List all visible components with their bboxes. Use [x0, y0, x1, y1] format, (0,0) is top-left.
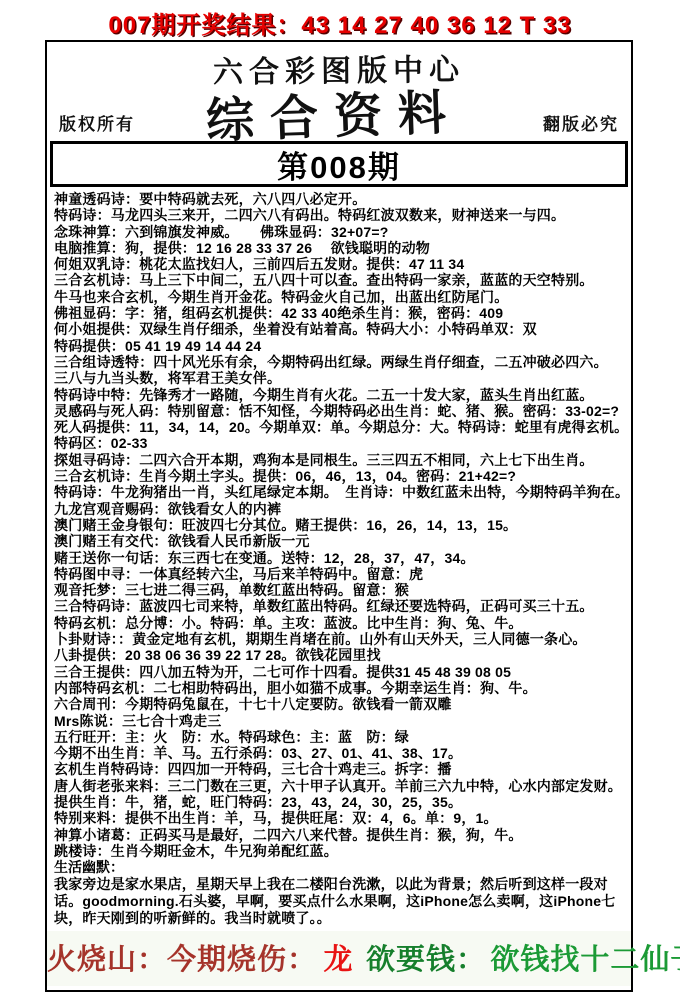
footer-money-label: 欲要钱： — [366, 944, 486, 976]
tip-line: 三八与九当头数，将军君王美女伴。 — [54, 370, 629, 386]
tip-line: 六合周刊：今期特码兔鼠在，十七十八定要防。欲钱看一箭双雕 — [54, 696, 629, 712]
tip-line: 五行旺开：主：火 防：水。特码球色：主：蓝 防：绿 — [54, 729, 629, 745]
main-title: 综合资料 — [205, 74, 463, 152]
tip-line: 神童透码诗：要中特码就去死，六八四八必定开。 — [54, 191, 629, 207]
tip-line: 特码玄机：总分博：小。特码：单。主攻：蓝波。比中生肖：狗、兔、牛。 — [54, 615, 629, 631]
footer-money-value: 欲钱找十二仙子 — [490, 944, 680, 976]
tip-line: 灵感码与死人码：特别留意：恬不知怪，今期特码必出生肖：蛇、猪、猴。密码：33-0… — [54, 403, 629, 419]
tip-line: 三合玄机诗：马上三下中间二，五八四十可以查。查出特码一家亲，蓝蓝的天空特别。 — [54, 272, 629, 288]
sheet: 六合彩图版中心 综合资料 版权所有 翻版必究 第008期 神童透码诗：要中特码就… — [45, 40, 633, 992]
tip-line: 探姐寻码诗：二四六合开本期，鸡狗本是同根生。三三四五不相同，六上七下出生肖。 — [54, 452, 629, 468]
issue-box: 第008期 — [50, 141, 628, 187]
humor-label: 生活幽默： — [54, 859, 629, 876]
tip-line: 澳门赌王有交代：欲钱看人民币新版一元 — [54, 533, 629, 549]
tip-line: 观音托梦：三七进二得三码，单数红蓝出特码。留意：猴 — [54, 582, 629, 598]
tip-line: Mrs陈说：三七合十鸡走三 — [54, 713, 629, 729]
footer-zodiac-value: 龙 — [323, 944, 353, 976]
humor-section: 生活幽默： 我家旁边是家水果店，星期天早上我在二楼阳台洗漱，以此为背景；然后听到… — [47, 859, 631, 927]
tip-line: 牛马也来合玄机，今期生肖开金花。特码金火自己加，出蓝出红防尾门。 — [54, 289, 629, 305]
copyright-right: 翻版必究 — [543, 110, 619, 135]
tip-line: 念珠神算：六到锦旗发神威。 佛珠显码：32+07=? — [54, 224, 629, 240]
tip-line: 何小姐提供：双绿生肖仔细杀，坐着没有站着高。特码大小：小特码单双：双 — [54, 321, 629, 337]
draw-result-banner: 007期开奖结果：43 14 27 40 36 12 T 33 — [0, 5, 680, 40]
tip-line: 电脑推算：狗，提供：12 16 28 33 37 26 欲钱聪明的动物 — [54, 240, 629, 256]
tip-line: 八卦提供：20 38 06 36 39 22 17 28。欲钱花园里找 — [54, 647, 629, 663]
tip-line: 今期不出生肖：羊、马。五行杀码：03、27、01、41、38、17。 — [54, 745, 629, 761]
tip-line: 三合玄机诗：生肖今期土字头。提供：06，46，13，04。密码：21+42=? — [54, 468, 629, 484]
tip-line: 九龙宫观音赐码：欲钱看女人的内裤 — [54, 501, 629, 517]
tip-line: 何姐双乳诗：桃花太监找妇人，三前四后五发财。提供：47 11 34 — [54, 256, 629, 272]
tip-line: 特别来料：提供不出生肖：羊，马，提供旺尾：双：4，6。单：9，1。 — [54, 810, 629, 826]
tip-line: 神算小诸葛：正码买马是最好，二四六八来代替。提供生肖：猴，狗，牛。 — [54, 827, 629, 843]
tip-line: 赌王送你一句话：东三西七在变通。送特：12，28，37，47，34。 — [54, 550, 629, 566]
tip-line: 澳门赌王金身银句：旺波四七分其位。赌王提供：16，26，14，13，15。 — [54, 517, 629, 533]
copyright-left: 版权所有 — [59, 110, 135, 135]
tip-line: 卜卦财诗：：黄金定地有玄机，期期生肖堵在前。山外有山天外天，三人同德一条心。 — [54, 631, 629, 647]
humor-text: 我家旁边是家水果店，星期天早上我在二楼阳台洗漱，以此为背景；然后听到这样一段对话… — [54, 876, 629, 927]
tip-line: 特码诗：马龙四头三来开，二四六八有码出。特码红波双数来，财神送来一与四。 — [54, 207, 629, 223]
tip-line: 三合王提供：四八加五特为开，二七可作十四看。提供31 45 48 39 08 0… — [54, 664, 629, 680]
footer-fire-label: 火烧山：今期烧伤： — [47, 944, 317, 976]
tip-line: 三合特码诗：蓝波四七司来特，单数红蓝出特码。红绿还要选特码，正码可买三十五。 — [54, 598, 629, 614]
tip-line: 佛祖显码：字：猪，组码玄机提供：42 33 40绝杀生肖：猴，密码：409 — [54, 305, 629, 321]
tip-line: 三合组诗透特：四十风光乐有余，今期特码出红绿。两绿生肖仔细查，二五冲破必四六。 — [54, 354, 629, 370]
footer-line: 火烧山：今期烧伤： 龙 欲要钱： 欲钱找十二仙子 — [47, 931, 631, 986]
masthead: 六合彩图版中心 综合资料 版权所有 翻版必究 — [47, 42, 631, 141]
tip-line: 跳楼诗：生肖今期旺金木，牛兄狗弟配红蓝。 — [54, 843, 629, 859]
tip-line: 死人码提供：11，34，14，20。今期单双：单。今期总分：大。特码诗：蛇里有虎… — [54, 419, 629, 435]
tip-line: 特码图中寻：一体真经转六尘，马后来羊特码中。留意：虎 — [54, 566, 629, 582]
tip-line: 提供生肖：牛，猪，蛇，旺门特码：23，43，24，30，25，35。 — [54, 794, 629, 810]
tip-line: 特码区：02-33 — [54, 435, 629, 451]
tip-line: 特码诗中特：先锋秀才一路随，今期生肖有火花。二五一十发大家，蓝头生肖出红蓝。 — [54, 387, 629, 403]
tip-line: 特码提供：05 41 19 49 14 44 24 — [54, 338, 629, 354]
tip-line: 特码诗：牛龙狗猪出一肖，头红尾绿定本期。 生肖诗：中数红蓝未出特，今期特码羊狗在… — [54, 484, 629, 500]
tip-line: 内部特码玄机：二七相助特码出，胆小如猫不成事。今期幸运生肖：狗、牛。 — [54, 680, 629, 696]
tip-line: 玄机生肖特码诗：四四加一开特码，三七合十鸡走三。拆字：播 — [54, 761, 629, 777]
tip-line: 唐人街老张来料：三二门数在三更，六十甲子认真开。羊前三六九中特，心水内部定发财。 — [54, 778, 629, 794]
tips-list: 神童透码诗：要中特码就去死，六八四八必定开。特码诗：马龙四头三来开，二四六八有码… — [47, 187, 631, 859]
